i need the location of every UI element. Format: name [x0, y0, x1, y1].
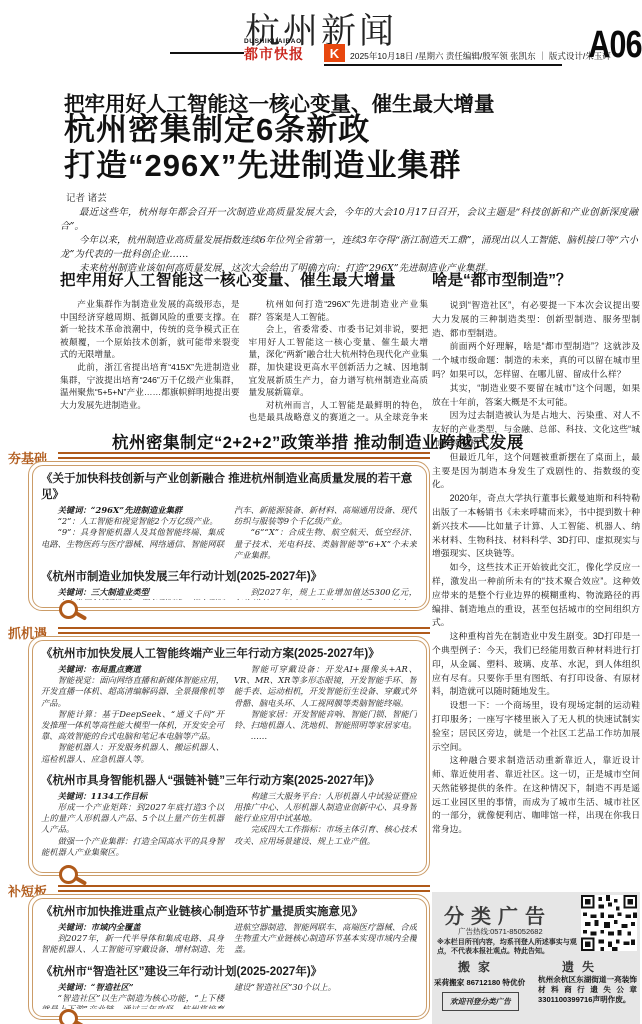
policy-paragraph: “2”：人工智能和视觉智能2个万亿级产业。 [41, 516, 224, 527]
classified-lost-header: 遗失 [562, 958, 602, 975]
article-paragraph: 但最近几年，这个问题被重新摆在了桌面上，最主要是因为制造本身发生了戏剧性的、指数… [432, 451, 640, 492]
classified-moving-ad: 采荷搬家 86712180 特优价 [434, 977, 536, 988]
policy-keyword: 关键词：1134工作目标 [41, 791, 224, 802]
policy-doc-body: 关键词：1134工作目标 形成一个产业矩阵：到2027年底打造3个以上的量产人形… [41, 791, 417, 858]
policy-doc: 《杭州市制造业加快发展三年行动计划(2025-2027年)》 关键词：三大制造业… [41, 568, 417, 600]
classified-disclaimer: ※本栏目所刊内容，均系刊登人所述事实与观点，不代表本报社观点。特此告知。 [437, 938, 579, 956]
article-heading: 把牢用好人工智能这一核心变量、催生最大增量 [60, 268, 428, 290]
classified-cta: 欢迎刊登分类广告 [442, 992, 519, 1011]
policy-doc-body: 关键词：“296X”先进制造业集群 “2”：人工智能和视觉智能2个万亿级产业。 … [41, 505, 417, 561]
policy-paragraph: 到2027年，规上工业增加值达5300亿元，年均增长6%以上，工业占GDP比重2… [234, 587, 417, 600]
dateline-rule [324, 64, 562, 66]
policy-doc-title: 《杭州市加快推进重点产业链核心制造环节扩量提质实施意见》 [41, 903, 417, 919]
lead-headline: 杭州密集制定6条新政 打造“296X”先进制造业集群 [64, 112, 461, 184]
policy-doc-title: 《杭州市具身智能机器人“强链补链”三年行动方案(2025-2027年)》 [41, 772, 417, 788]
byline: 记者 诸芸 [66, 190, 107, 204]
lead-headline-line2: 打造“296X”先进制造业集群 [64, 148, 461, 184]
lead-headline-line1: 杭州密集制定6条新政 [64, 112, 461, 148]
policy-keyword: 关键词：三大制造业类型 [41, 587, 224, 598]
policy-doc: 《关于加快科技创新与产业创新融合 推进杭州制造业高质量发展的若干意见》 关键词：… [41, 470, 417, 561]
article-heading: 啥是“都市型制造”？ [432, 268, 640, 290]
article-core-variable: 把牢用好人工智能这一核心变量、催生最大增量 产业集群作为制造业发展的高级形态，是… [60, 268, 428, 430]
article-paragraph: 2020年，奇点大学执行董事长戴曼迪斯和科特勒出版了一本畅销书《未来呼啸而来》，… [432, 492, 640, 561]
intro-paragraph: 今年以来，杭州制造业高质量发展指数连续6年位列全省第一，连续3年夺得“浙江制造天… [60, 234, 638, 262]
policy-box-shortboard: 《杭州市加快推进重点产业链核心制造环节扩量提质实施意见》 关键词：市域内全覆盖 … [28, 894, 430, 1020]
policy-keyword: 关键词：“296X”先进制造业集群 [41, 505, 224, 516]
article-paragraph: 如今，这些技术正开始彼此交汇，像化学反应一样，激发出一种前所未有的“技术聚合效应… [432, 561, 640, 630]
article-paragraph: 这种重构首先在制造业中发生剧变。3D打印是一个典型例子：今天，我们已经能用数百种… [432, 630, 640, 699]
policy-paragraph: 智能计算：基于DeepSeek、“通义千问”开发推理一体机等高性能大模型一体机，… [41, 709, 224, 743]
policy-doc-title: 《杭州市制造业加快发展三年行动计划(2025-2027年)》 [41, 568, 417, 584]
article-paragraph: 设想一下：一个商场里，设有现场定制的运动鞋打印服务；一座写字楼里嵌入了无人机的快… [432, 699, 640, 754]
newspaper-page: 杭州新闻 DUSHIKUAIBAO 都市快报 K 2025年10月18日 /星期… [0, 0, 642, 1024]
policy-doc: 《杭州市加快推进重点产业链核心制造环节扩量提质实施意见》 关键词：市域内全覆盖 … [41, 903, 417, 956]
policy-doc-title: 《杭州市“智造社区”建设三年行动计划(2025-2027年)》 [41, 963, 417, 979]
policy-paragraph: 智能机器人：开发服务机器人、搬运机器人、巡检机器人、应急机器人等。 [41, 742, 224, 764]
article-paragraph: 说到“智造社区”，有必要提一下本次会议提出要大力发展的三种制造类型：创新型制造、… [432, 299, 640, 340]
policy-keyword: 关键词：布局重点赛道 [41, 664, 224, 675]
header-rule [170, 52, 244, 54]
classified-lost-ad: 杭州余杭区东湖街道一亮装饰材料商行遗失公章3301100399716声明作废。 [538, 975, 637, 1005]
policy-doc-title: 《关于加快科技创新与产业创新融合 推进杭州制造业高质量发展的若干意见》 [41, 470, 417, 502]
page-number: A06 [589, 24, 642, 67]
article-body: 说到“智造社区”，有必要提一下本次会议提出要大力发展的三种制造类型：创新型制造、… [432, 299, 640, 837]
policy-tag-rule [58, 885, 430, 892]
policy-doc-body: 关键词：三大制造业类型 大力发展创新型制造、服务型制造、都市型制造，推动杭州制造… [41, 587, 417, 600]
policy-doc-title: 《杭州市加快发展人工智能终端产业三年行动方案(2025-2027年)》 [41, 645, 417, 661]
article-paragraph: 前面两个好理解，啥是“都市型制造”？这就涉及一个城市级命题：制造的未来，真的可以… [432, 340, 640, 381]
classified-title: 分类广告 [444, 900, 552, 929]
intro-paragraph: 最近这些年，杭州每年都会召开一次制造业高质量发展大会，今年的大会10月17日召开… [60, 206, 638, 234]
policy-box-opportunity: 《杭州市加快发展人工智能终端产业三年行动方案(2025-2027年)》 关键词：… [28, 636, 430, 876]
brand-block: DUSHIKUAIBAO 都市快报 [244, 39, 324, 61]
magnifier-icon [59, 1009, 78, 1024]
article-paragraph: 杭州如何打造“296X”先进制造业产业集群？答案是人工智能。 [249, 298, 429, 323]
policy-section-heading: 杭州密集制定“2+2+2”政策举措 推动制造业跨越式发展 [112, 429, 524, 453]
policy-keyword: 关键词：市域内全覆盖 [41, 922, 224, 933]
article-paragraph: 其实，“制造业要不要留在城市”这个问题，如果放在十年前，答案大概是不太可能。 [432, 382, 640, 410]
article-columns: 产业集群作为制造业发展的高级形态，是中国经济穿越周期、抵御风险的重要支撑。在新一… [60, 298, 428, 430]
lead-intro: 最近这些年，杭州每年都会召开一次制造业高质量发展大会，今年的大会10月17日召开… [60, 206, 638, 276]
policy-tag-rule [58, 627, 430, 634]
policy-doc-body: 关键词：市域内全覆盖 到2027年，新一代半导体和集成电路、具身智能机器人、人工… [41, 922, 417, 956]
policy-doc: 《杭州市具身智能机器人“强链补链”三年行动方案(2025-2027年)》 关键词… [41, 772, 417, 858]
policy-doc: 《杭州市加快发展人工智能终端产业三年行动方案(2025-2027年)》 关键词：… [41, 645, 417, 765]
policy-doc: 《杭州市“智造社区”建设三年行动计划(2025-2027年)》 关键词：“智造社… [41, 963, 417, 1009]
policy-box-foundation: 《关于加快科技创新与产业创新融合 推进杭州制造业高质量发展的若干意见》 关键词：… [28, 461, 430, 611]
k-logo-icon: K [324, 44, 345, 62]
classified-moving-header: 搬家 [458, 958, 498, 975]
policy-paragraph: 构建三大服务平台：人形机器人中试验证暨应用推广中心、人形机器人制造业创新中心、具… [234, 791, 417, 825]
policy-doc-body: 关键词：“智造社区” “智造社区”以生产制造为核心功能，“上下楼就是上下游”产业… [41, 982, 417, 1009]
qr-code [581, 895, 637, 951]
magnifier-icon [59, 865, 78, 884]
policy-doc-body: 关键词：布局重点赛道 智能视觉：面向网络直播和新媒体智能应用，开发直播一体机、超… [41, 664, 417, 765]
policy-paragraph: 智能家居：开发智能音响、智能门锁、智能门铃、扫地机器人、洗地机、智能照明等家居家… [234, 709, 417, 731]
policy-paragraph: 完成四大工作指标：市场主体引育、核心技术攻关、应用场景建设、规上工业产值。 [234, 824, 417, 846]
policy-paragraph: 智能可穿戴设备：开发AI+摄像头+AR、VR、MR、XR等多形态眼镜，开发智能手… [234, 664, 417, 709]
article-paragraph: 此前，浙江省提出培育“415X”先进制造业集群，宁波提出培育“246”万千亿级产… [60, 361, 240, 411]
policy-paragraph: “6”“X”：合成生物、航空航天、低空经济、量子技术、光电科技、类脑智能等“6+… [234, 527, 417, 561]
policy-keyword: 关键词：“智造社区” [41, 982, 224, 993]
magnifier-icon [59, 600, 78, 619]
dateline: 2025年10月18日 /星期六 责任编辑/殷军领 张凯东 ｜ 版式设计/朱玉辉 [350, 50, 611, 62]
article-paragraph: 这种融合要求制造活动重新靠近人，靠近设计师、靠近使用者、靠近社区。这一切，正是城… [432, 754, 640, 837]
brand-chinese: 都市快报 [244, 47, 324, 61]
policy-paragraph: 智能视觉：面向网络直播和新媒体智能应用，开发直播一体机、超高清编解码器、全景摄像… [41, 675, 224, 709]
brand-english: DUSHIKUAIBAO [244, 39, 324, 46]
article-urban-manufacturing: 啥是“都市型制造”？ 说到“智造社区”，有必要提一下本次会议提出要大力发展的三种… [432, 268, 640, 888]
classified-hotline: 广告热线:0571-85052682 [458, 926, 543, 937]
article-paragraph: 会上，省委常委、市委书记刘非说，要把牢用好人工智能这一核心变量、催生最大增量，深… [249, 323, 429, 399]
policy-tag-rule [58, 452, 430, 459]
classified-ads-box: 分类广告 广告热线:0571-85052682 [432, 892, 640, 1024]
article-paragraph: 产业集群作为制造业发展的高级形态，是中国经济穿越周期、抵御风险的重要支撑。在新一… [60, 298, 240, 361]
policy-paragraph: 形成一个产业矩阵：到2027年底打造3个以上的量产人形机器人产品、5个以上量产仿… [41, 802, 224, 836]
policy-paragraph: …… [234, 731, 417, 742]
policy-paragraph: 做强一个产业集群：打造全国高水平的具身智能机器人产业集聚区。 [41, 836, 224, 858]
